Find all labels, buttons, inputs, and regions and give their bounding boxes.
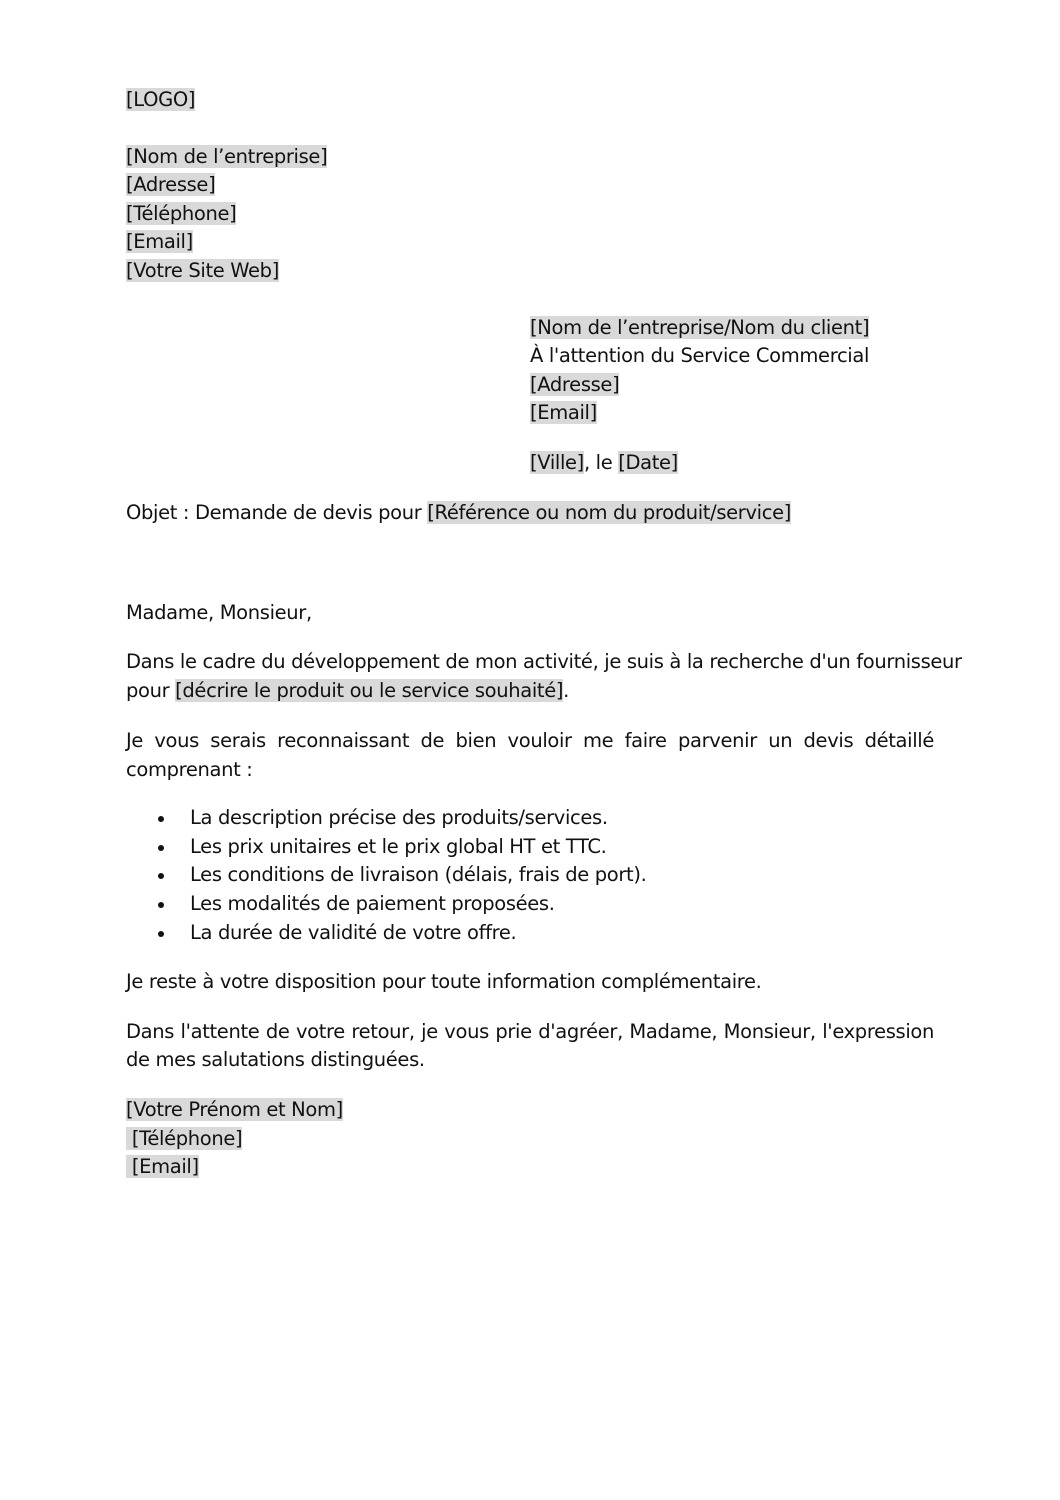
list-item: Les prix unitaires et le prix global HT … bbox=[126, 833, 646, 862]
signature-email-placeholder: [Email] bbox=[126, 1155, 199, 1178]
closing-line-1: Dans l'attente de votre retour, je vous … bbox=[126, 1018, 934, 1047]
list-item: Les modalités de paiement proposées. bbox=[126, 890, 646, 919]
list-item-text: Les conditions de livraison (délais, fra… bbox=[190, 863, 646, 886]
email-placeholder: [Email] bbox=[126, 230, 193, 253]
bullet-icon bbox=[158, 873, 164, 879]
recipient-name-placeholder: [Nom de l’entreprise/Nom du client] bbox=[530, 316, 869, 339]
list-item-text: Les prix unitaires et le prix global HT … bbox=[190, 835, 607, 858]
list-item: La durée de validité de votre offre. bbox=[126, 919, 646, 948]
sender-email: [Email] bbox=[126, 228, 193, 256]
product-description-placeholder: [décrire le produit ou le service souhai… bbox=[175, 679, 563, 702]
list-item: La description précise des produits/serv… bbox=[126, 804, 646, 833]
company-name-placeholder: [Nom de l’entreprise] bbox=[126, 145, 327, 168]
sender-logo: [LOGO] bbox=[126, 86, 195, 114]
subject-line: Objet : Demande de devis pour [Référence… bbox=[126, 499, 791, 527]
bullet-icon bbox=[158, 816, 164, 822]
list-item-text: La durée de validité de votre offre. bbox=[190, 921, 516, 944]
recipient-email-placeholder: [Email] bbox=[530, 401, 597, 424]
date-placeholder: [Date] bbox=[618, 451, 678, 474]
recipient-address-placeholder: [Adresse] bbox=[530, 373, 619, 396]
place-date: [Ville], le [Date] bbox=[530, 449, 678, 477]
subject-prefix: Objet : Demande de devis pour bbox=[126, 501, 427, 524]
sender-address: [Adresse] bbox=[126, 171, 215, 199]
para1-prefix: pour bbox=[126, 679, 175, 702]
paragraph-1-line-1: Dans le cadre du développement de mon ac… bbox=[126, 648, 962, 676]
date-separator: , le bbox=[584, 451, 618, 474]
list-item-text: Les modalités de paiement proposées. bbox=[190, 892, 555, 915]
signature-phone-placeholder: [Téléphone] bbox=[126, 1127, 242, 1150]
signature-email: [Email] bbox=[126, 1153, 199, 1181]
paragraph-1-line-2: pour [décrire le produit ou le service s… bbox=[126, 677, 569, 705]
bullet-icon bbox=[158, 902, 164, 908]
website-placeholder: [Votre Site Web] bbox=[126, 259, 279, 282]
list-item-text: La description précise des produits/serv… bbox=[190, 806, 608, 829]
bullet-icon bbox=[158, 931, 164, 937]
list-item: Les conditions de livraison (délais, fra… bbox=[126, 861, 646, 890]
address-placeholder: [Adresse] bbox=[126, 173, 215, 196]
salutation: Madame, Monsieur, bbox=[126, 599, 312, 627]
signature-name: [Votre Prénom et Nom] bbox=[126, 1096, 343, 1124]
subject-reference-placeholder: [Référence ou nom du produit/service] bbox=[427, 501, 791, 524]
recipient-email: [Email] bbox=[530, 399, 597, 427]
requirements-list: La description précise des produits/serv… bbox=[126, 804, 646, 947]
recipient-company-name: [Nom de l’entreprise/Nom du client] bbox=[530, 314, 869, 342]
sender-company-name: [Nom de l’entreprise] bbox=[126, 143, 327, 171]
phone-placeholder: [Téléphone] bbox=[126, 202, 236, 225]
paragraph-3: Je reste à votre disposition pour toute … bbox=[126, 968, 762, 996]
bullet-icon bbox=[158, 845, 164, 851]
signature-phone: [Téléphone] bbox=[126, 1125, 242, 1153]
signature-name-placeholder: [Votre Prénom et Nom] bbox=[126, 1098, 343, 1121]
recipient-attention: À l'attention du Service Commercial bbox=[530, 342, 869, 370]
paragraph-2-line-2: comprenant : bbox=[126, 756, 253, 784]
logo-placeholder: [LOGO] bbox=[126, 88, 195, 111]
paragraph-2-line-1: Je vous serais reconnaissant de bien vou… bbox=[126, 727, 934, 756]
sender-phone: [Téléphone] bbox=[126, 200, 236, 228]
city-placeholder: [Ville] bbox=[530, 451, 584, 474]
sender-website: [Votre Site Web] bbox=[126, 257, 279, 285]
closing-line-2: de mes salutations distinguées. bbox=[126, 1046, 425, 1074]
para1-suffix: . bbox=[563, 679, 569, 702]
recipient-address: [Adresse] bbox=[530, 371, 619, 399]
